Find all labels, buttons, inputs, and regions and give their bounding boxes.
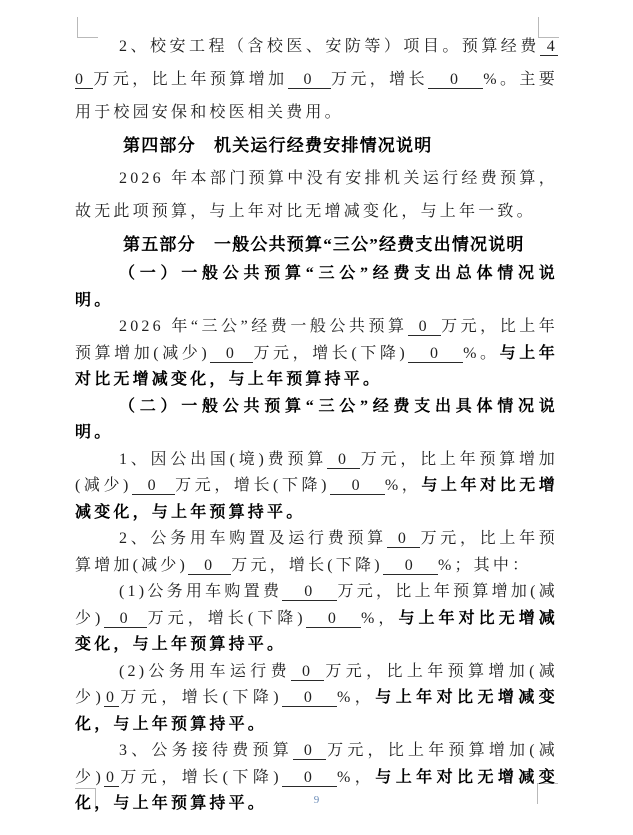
- underlined-value: 0: [132, 477, 175, 495]
- text-run: 万元，比上年预算增加: [93, 71, 287, 88]
- document-body: 2、校安工程（含校医、安防等）项目。预算经费40万元，比上年预算增加0万元，增长…: [75, 30, 558, 818]
- text-run: 第四部分 机关运行经费安排情况说明: [123, 136, 432, 155]
- underlined-value: 0: [210, 345, 253, 363]
- text-run: 1、因公出国(境)费预算: [119, 451, 327, 468]
- paragraph: 2、校安工程（含校医、安防等）项目。预算经费40万元，比上年预算增加0万元，增长…: [75, 30, 558, 129]
- underlined-value: 0: [383, 557, 438, 575]
- paragraph: 2、公务用车购置及运行费预算0万元，比上年预算增加(减少)0万元，增长(下降)0…: [75, 526, 558, 579]
- text-run: 2、公务用车购置及运行费预算: [119, 530, 387, 547]
- underlined-value: 0: [282, 689, 337, 707]
- text-run: %；其中：: [438, 557, 531, 574]
- paragraph: (2)公务用车运行费0万元，比上年预算增加(减少)0万元，增长(下降)0%，与上…: [75, 659, 558, 739]
- paragraph: (1)公务用车购置费0万元，比上年预算增加(减少)0万元，增长(下降)0%，与上…: [75, 579, 558, 659]
- text-run: 万元，增长(下降): [147, 610, 306, 627]
- paragraph: 2026 年本部门预算中没有安排机关运行经费预算，故无此项预算，与上年对比无增减…: [75, 162, 558, 228]
- paragraph: 1、因公出国(境)费预算0万元，比上年预算增加(减少)0万元，增长(下降)0%，…: [75, 447, 558, 527]
- underlined-value: 0: [282, 769, 337, 787]
- text-run: 2026 年“三公”经费一般公共预算: [119, 318, 408, 335]
- underlined-value: 0: [408, 318, 441, 336]
- underlined-value: 0: [306, 610, 361, 628]
- text-run: %，: [361, 610, 398, 627]
- page-number: 9: [314, 794, 320, 806]
- text-run: 2、校安工程（含校医、安防等）项目。预算经费: [119, 38, 540, 55]
- underlined-value: 0: [293, 742, 326, 760]
- text-run: 万元，增长(下降): [119, 769, 282, 786]
- underlined-value: 0: [104, 769, 119, 787]
- paragraph: （一）一般公共预算“三公”经费支出总体情况说明。: [75, 261, 558, 314]
- text-run: 万元，增长(下降): [119, 689, 282, 706]
- underlined-value: 0: [188, 557, 231, 575]
- text-run: %。: [463, 345, 499, 362]
- text-run: （一）一般公共预算“三公”经费支出总体情况说明。: [75, 265, 558, 309]
- underlined-value: 0: [288, 71, 331, 89]
- underlined-value: 0: [104, 610, 147, 628]
- text-run: 万元，增长(下降): [175, 477, 330, 494]
- text-run: （二）一般公共预算“三公”经费支出具体情况说明。: [75, 398, 558, 442]
- text-run: %，: [337, 769, 375, 786]
- text-run: 万元，增长(下降): [253, 345, 408, 362]
- underlined-value: 0: [330, 477, 385, 495]
- paragraph: （二）一般公共预算“三公”经费支出具体情况说明。: [75, 394, 558, 447]
- section-heading: 第五部分 一般公共预算“三公”经费支出情况说明: [75, 228, 558, 261]
- text-run: 2026 年本部门预算中没有安排机关运行经费预算，故无此项预算，与上年对比无增减…: [75, 170, 558, 220]
- underlined-value: 0: [408, 345, 463, 363]
- underlined-value: 0: [387, 530, 420, 548]
- underlined-value: 0: [104, 689, 119, 707]
- text-run: 万元，增长(下降): [231, 557, 382, 574]
- text-run: %，: [337, 689, 375, 706]
- text-run: (2)公务用车运行费: [119, 663, 291, 680]
- text-run: 万元，增长: [331, 71, 428, 88]
- text-run: 第五部分 一般公共预算“三公”经费支出情况说明: [123, 235, 525, 254]
- text-run: %，: [385, 477, 421, 494]
- paragraph: 2026 年“三公”经费一般公共预算0万元，比上年预算增加(减少)0万元，增长(…: [75, 314, 558, 394]
- underlined-value: 0: [291, 663, 324, 681]
- document-page: 2、校安工程（含校医、安防等）项目。预算经费40万元，比上年预算增加0万元，增长…: [0, 0, 633, 835]
- underlined-value: 0: [327, 451, 360, 469]
- text-run: (1)公务用车购置费: [119, 583, 282, 600]
- underlined-value: 0: [428, 71, 483, 89]
- underlined-value: 0: [282, 583, 337, 601]
- section-heading: 第四部分 机关运行经费安排情况说明: [75, 129, 558, 162]
- text-run: 3、公务接待费预算: [119, 742, 293, 759]
